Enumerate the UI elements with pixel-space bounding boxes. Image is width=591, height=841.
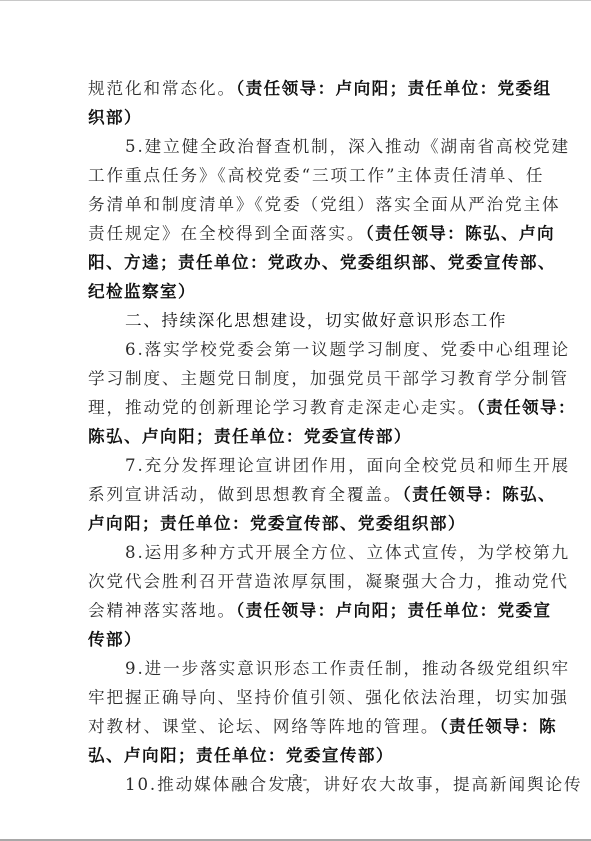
paragraph-text: 系列宣讲活动，做到思想教育全覆盖。	[88, 485, 402, 504]
text-line: 7.充分发挥理论宣讲团作用，面向全校党员和师生开展	[88, 451, 500, 480]
text-line: 工作重点任务》《高校党委“三项工作”主体责任清单、任	[88, 161, 500, 190]
responsibility-note: 阳、方逵；责任单位：党政办、党委组织部、党委宣传部、	[88, 253, 556, 272]
paragraph-text: 责任规定》在全校得到全面落实。	[88, 224, 365, 243]
paragraph-text: 对教材、课堂、论坛、网络等阵地的管理。	[88, 717, 439, 736]
paragraph-text: 7.充分发挥理论宣讲团作用，面向全校党员和师生开展	[125, 456, 570, 475]
text-line: 5.建立健全政治督查机制，深入推动《湖南省高校党建	[88, 132, 500, 161]
section-heading: 二、持续深化思想建设，切实做好意识形态工作	[88, 306, 500, 335]
paragraph-text: 6.落实学校党委会第一议题学习制度、党委中心组理论	[125, 340, 570, 359]
responsibility-note: （责任领导：卢向阳；责任单位：党委组	[236, 79, 552, 98]
responsibility-note: 传部）	[88, 630, 142, 649]
text-line: 学习制度、主题党日制度，加强党员干部学习教育学分制管	[88, 364, 500, 393]
paragraph-text: 理，推动党的创新理论学习教育走深走心走实。	[88, 398, 476, 417]
text-line: 8.运用多种方式开展全方位、立体式宣传，为学校第九	[88, 538, 500, 567]
text-line: 卢向阳；责任单位：党委宣传部、党委组织部）	[88, 509, 500, 538]
text-line: 会精神落实落地。（责任领导：卢向阳；责任单位：党委宣	[88, 596, 500, 625]
responsibility-note: （责任领导：陈弘、卢向	[365, 224, 555, 243]
paragraph-text: 9.进一步落实意识形态工作责任制，推动各级党组织牢	[125, 659, 570, 678]
text-line: 对教材、课堂、论坛、网络等阵地的管理。（责任领导：陈	[88, 712, 500, 741]
text-line: 陈弘、卢向阳；责任单位：党委宣传部）	[88, 422, 500, 451]
page-number: - 3 -	[0, 772, 591, 788]
text-line: 纪检监察室）	[88, 277, 500, 306]
responsibility-note: 弘、卢向阳；责任单位：党委宣传部）	[88, 746, 394, 765]
text-line: 责任规定》在全校得到全面落实。（责任领导：陈弘、卢向	[88, 219, 500, 248]
responsibility-note: 织部）	[88, 108, 142, 127]
text-line: 牢把握正确导向、坚持价值引领、强化依法治理，切实加强	[88, 683, 500, 712]
paragraph-text: 规范化和常态化。	[88, 79, 236, 98]
paragraph-text: 次党代会胜利召开营造浓厚氛围，凝聚强大合力，推动党代	[88, 572, 569, 591]
responsibility-note: （责任领导：陈弘、	[402, 485, 556, 504]
page-top-edge	[0, 0, 591, 1]
paragraph-text: 务清单和制度清单》《党委（党组）落实全面从严治党主体	[88, 195, 561, 214]
text-line: 9.进一步落实意识形态工作责任制，推动各级党组织牢	[88, 654, 500, 683]
text-line: 阳、方逵；责任单位：党政办、党委组织部、党委宣传部、	[88, 248, 500, 277]
paragraph-text: 会精神落实落地。	[88, 601, 236, 620]
paragraph-text: 学习制度、主题党日制度，加强党员干部学习教育学分制管	[88, 369, 569, 388]
text-line: 务清单和制度清单》《党委（党组）落实全面从严治党主体	[88, 190, 500, 219]
paragraph-text: 8.运用多种方式开展全方位、立体式宣传，为学校第九	[125, 543, 570, 562]
responsibility-note: （责任领导：	[476, 398, 576, 417]
document-body: 规范化和常态化。（责任领导：卢向阳；责任单位：党委组织部）5.建立健全政治督查机…	[88, 74, 500, 799]
responsibility-note: （责任领导：卢向阳；责任单位：党委宣	[236, 601, 552, 620]
responsibility-note: 陈弘、卢向阳；责任单位：党委宣传部）	[88, 427, 412, 446]
text-line: 规范化和常态化。（责任领导：卢向阳；责任单位：党委组	[88, 74, 500, 103]
heading-text: 二、持续深化思想建设，切实做好意识形态工作	[125, 311, 507, 330]
text-line: 理，推动党的创新理论学习教育走深走心走实。（责任领导：	[88, 393, 500, 422]
text-line: 6.落实学校党委会第一议题学习制度、党委中心组理论	[88, 335, 500, 364]
text-line: 次党代会胜利召开营造浓厚氛围，凝聚强大合力，推动党代	[88, 567, 500, 596]
text-line: 传部）	[88, 625, 500, 654]
paragraph-text: 牢把握正确导向、坚持价值引领、强化依法治理，切实加强	[88, 688, 569, 707]
text-line: 弘、卢向阳；责任单位：党委宣传部）	[88, 741, 500, 770]
responsibility-note: 纪检监察室）	[88, 282, 196, 301]
responsibility-note: （责任领导：陈	[439, 717, 557, 736]
responsibility-note: 卢向阳；责任单位：党委宣传部、党委组织部）	[88, 514, 466, 533]
paragraph-text: 工作重点任务》《高校党委“三项工作”主体责任清单、任	[88, 166, 544, 185]
paragraph-text: 5.建立健全政治督查机制，深入推动《湖南省高校党建	[125, 137, 570, 156]
text-line: 织部）	[88, 103, 500, 132]
text-line: 系列宣讲活动，做到思想教育全覆盖。（责任领导：陈弘、	[88, 480, 500, 509]
